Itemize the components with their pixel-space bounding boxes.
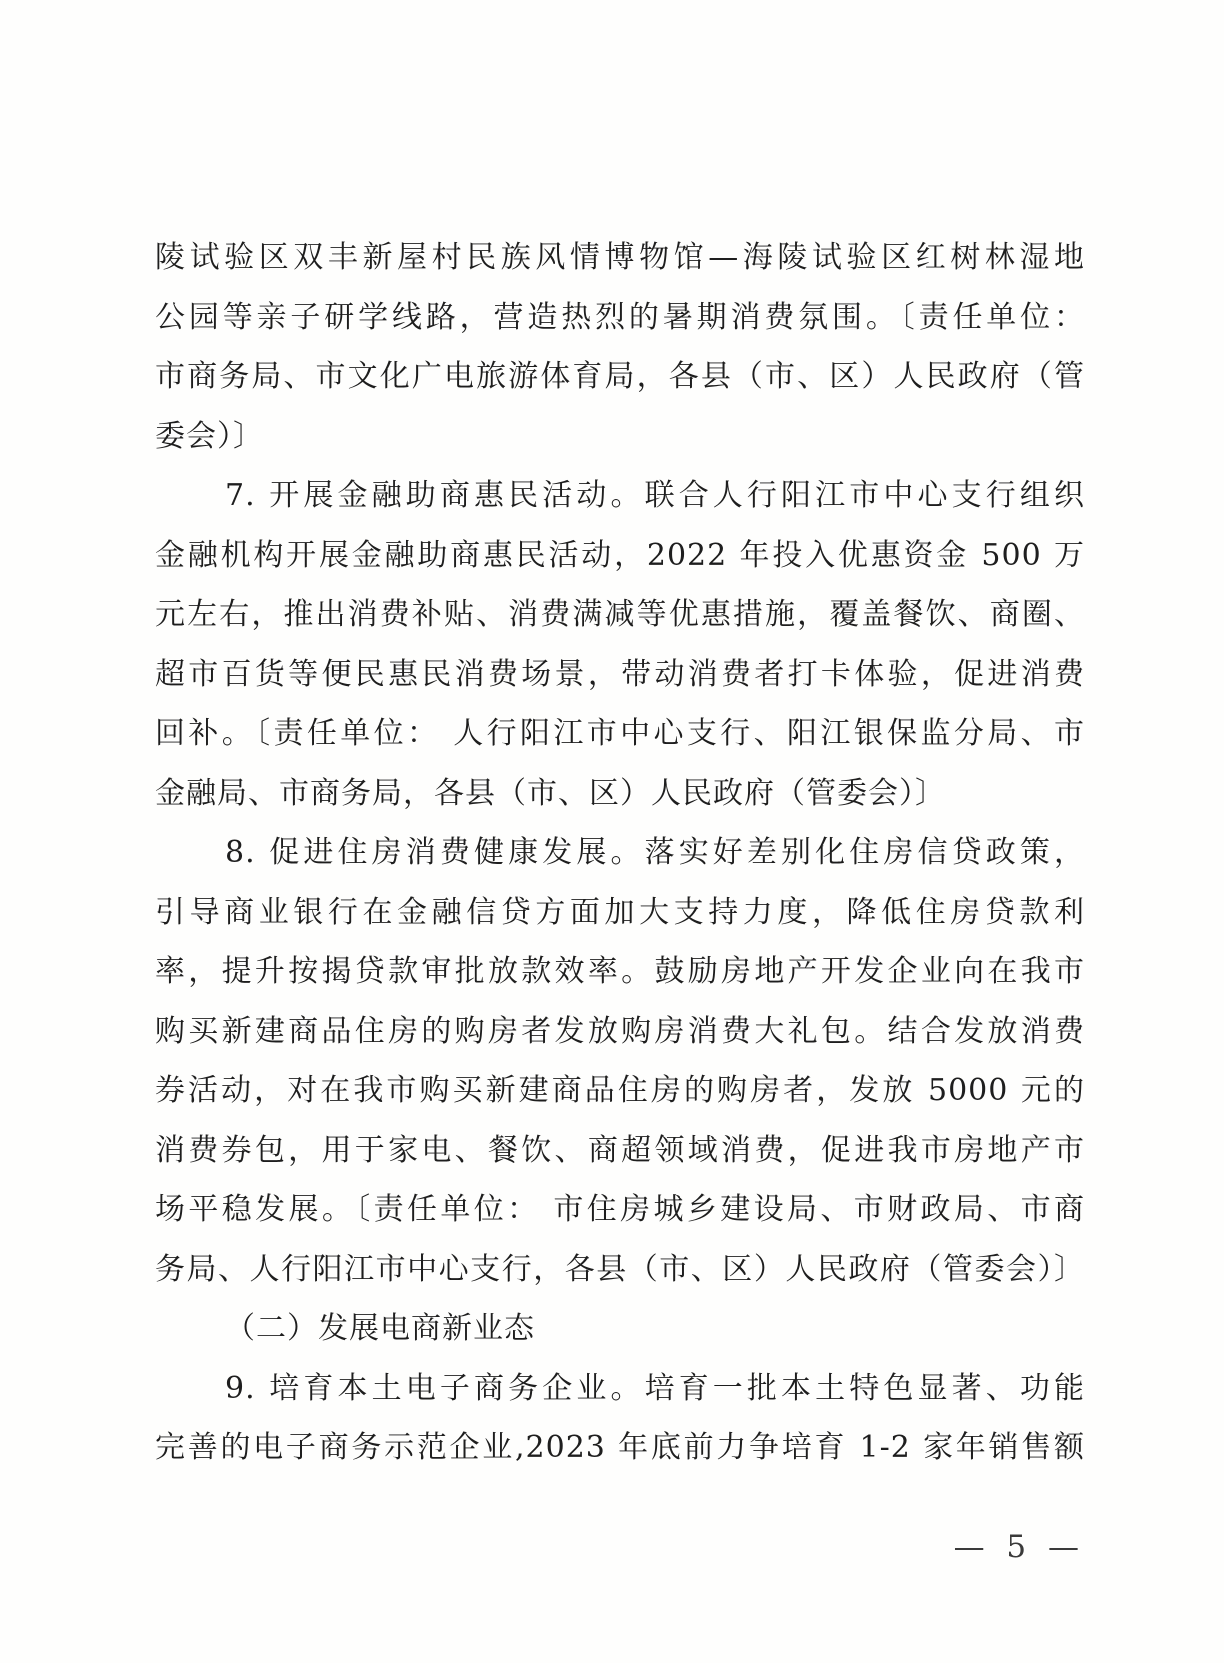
text-line: 务局、人行阳江市中心支行，各县（市、区）人民政府（管委会）〕	[155, 1240, 1085, 1300]
page-number: — 5 —	[865, 1522, 1085, 1572]
text-line: 消费券包，用于家电、餐饮、商超领域消费，促进我市房地产市	[155, 1121, 1085, 1181]
text-line: 场平稳发展。〔责任单位： 市住房城乡建设局、市财政局、市商	[155, 1180, 1085, 1240]
text-line: 券活动，对在我市购买新建商品住房的购房者，发放 5000 元的	[155, 1061, 1085, 1121]
text-line: 超市百货等便民惠民消费场景，带动消费者打卡体验，促进消费	[155, 645, 1085, 705]
text-line: 金融机构开展金融助商惠民活动，2022 年投入优惠资金 500 万	[155, 526, 1085, 586]
text-line: 回补。〔责任单位： 人行阳江市中心支行、阳江银保监分局、市	[155, 704, 1085, 764]
text-line-item-7-start: 7. 开展金融助商惠民活动。联合人行阳江市中心支行组织	[155, 466, 1085, 526]
text-line-item-9-start: 9. 培育本土电子商务企业。培育一批本土特色显著、功能	[155, 1359, 1085, 1419]
text-line: 陵试验区双丰新屋村民族风情博物馆—海陵试验区红树林湿地	[155, 228, 1085, 288]
text-line: 金融局、市商务局，各县（市、区）人民政府（管委会）〕	[155, 764, 1085, 824]
text-line-item-8-start: 8. 促进住房消费健康发展。落实好差别化住房信贷政策，	[155, 823, 1085, 883]
text-line: 引导商业银行在金融信贷方面加大支持力度，降低住房贷款利	[155, 883, 1085, 943]
scanned-document-page: 陵试验区双丰新屋村民族风情博物馆—海陵试验区红树林湿地 公园等亲子研学线路，营造…	[0, 0, 1224, 1663]
text-line: 率，提升按揭贷款审批放款效率。鼓励房地产开发企业向在我市	[155, 942, 1085, 1002]
text-line: 完善的电子商务示范企业,2023 年底前力争培育 1-2 家年销售额	[155, 1418, 1085, 1478]
text-line: 委会）〕	[155, 407, 1085, 467]
body-text: 陵试验区双丰新屋村民族风情博物馆—海陵试验区红树林湿地 公园等亲子研学线路，营造…	[155, 228, 1085, 1478]
section-heading-2: （二）发展电商新业态	[155, 1299, 1085, 1359]
text-line: 购买新建商品住房的购房者发放购房消费大礼包。结合发放消费	[155, 1002, 1085, 1062]
text-line: 公园等亲子研学线路，营造热烈的暑期消费氛围。〔责任单位：	[155, 288, 1085, 348]
text-line: 市商务局、市文化广电旅游体育局，各县（市、区）人民政府（管	[155, 347, 1085, 407]
text-line: 元左右，推出消费补贴、消费满减等优惠措施，覆盖餐饮、商圈、	[155, 585, 1085, 645]
